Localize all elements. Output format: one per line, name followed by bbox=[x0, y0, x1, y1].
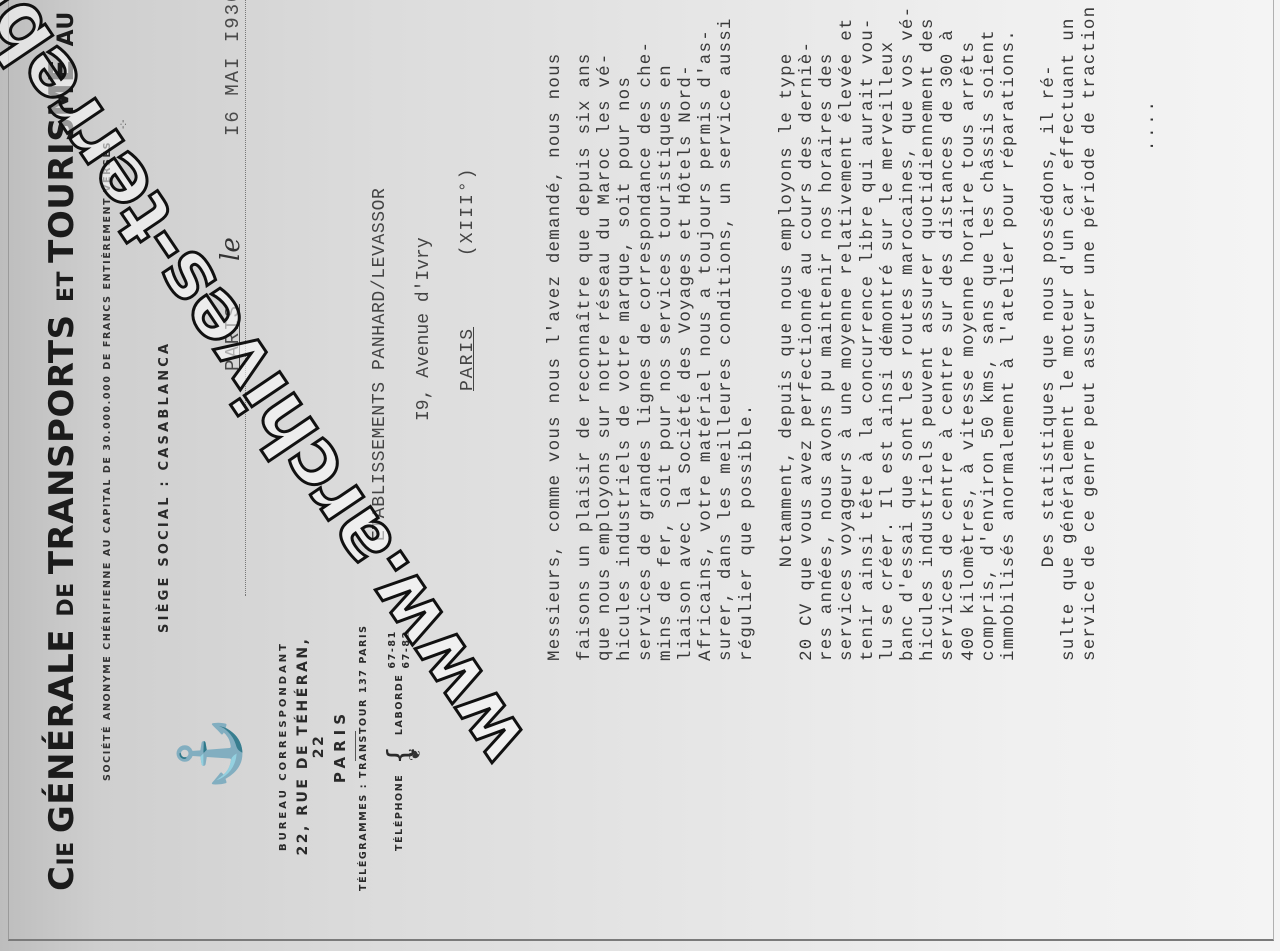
dateline-le: le bbox=[216, 237, 246, 261]
recipient-address: ETABLISSEMENTS PANHARD/LEVASSOR I9, Aven… bbox=[365, 21, 483, 541]
flourish-ornament-icon: ❦ bbox=[405, 748, 425, 761]
telephone-number: 67-82 bbox=[401, 630, 412, 668]
bureau-street: 22, RUE DE TÉHÉRAN, 22 bbox=[295, 626, 327, 866]
company-subtitle: SOCIÉTÉ ANONYME CHÉRIFIENNE AU CAPITAL D… bbox=[102, 21, 113, 781]
paragraph: Des statistiques que nous possédons, il … bbox=[1039, 0, 1100, 661]
recipient-city-line: PARIS (XIII°) bbox=[453, 21, 483, 391]
dotted-rule bbox=[245, 0, 246, 596]
paragraph: Notamment, depuis que nous employons le … bbox=[777, 0, 1019, 661]
telegrams: TÉLÉGRAMMES : TRANSTOUR 137 PARIS bbox=[358, 571, 369, 891]
bureau-label: BUREAU CORRESPONDANT bbox=[278, 626, 289, 866]
dateline-date: I6 MAI I930 . bbox=[222, 0, 244, 136]
dateline-city: PARIS bbox=[222, 304, 244, 371]
recipient-street: I9, Avenue d'Ivry bbox=[409, 21, 439, 421]
dateline: PARIS le I6 MAI I930 . bbox=[222, 0, 252, 596]
recipient-name: ETABLISSEMENTS PANHARD/LEVASSOR bbox=[365, 21, 395, 541]
paragraph: faisons un plaisir de reconnaître que de… bbox=[575, 0, 757, 661]
head-office: SIÈGE SOCIAL : CASABLANCA bbox=[157, 341, 172, 633]
continuation-mark: .... bbox=[1140, 98, 1159, 151]
telephone-exchange: LABORDE bbox=[394, 674, 405, 736]
recipient-arrondissement: (XIII°) bbox=[458, 167, 478, 257]
paris-bureau: BUREAU CORRESPONDANT 22, RUE DE TÉHÉRAN,… bbox=[278, 626, 356, 866]
letter-body: faisons un plaisir de reconnaître que de… bbox=[575, 0, 1120, 661]
letter-page: CIE GÉNÉRALE DE TRANSPORTS ET TOURISME A… bbox=[0, 0, 1280, 951]
telephone-number: 67-81 bbox=[387, 630, 398, 668]
recipient-city: PARIS bbox=[458, 327, 478, 391]
telephone-label: TÉLÉPHONE bbox=[394, 774, 405, 851]
bureau-rule bbox=[355, 731, 356, 761]
telephone-numbers: 67-81 67-82 bbox=[386, 630, 414, 668]
anchor-monogram-icon: ⚓ bbox=[170, 721, 250, 791]
bureau-city: PARIS bbox=[331, 626, 349, 866]
telephone: TÉLÉPHONE { LABORDE 67-81 67-82 bbox=[382, 591, 417, 851]
salutation: Messieurs, comme vous nous l'avez demand… bbox=[545, 53, 565, 662]
company-title: CIE GÉNÉRALE DE TRANSPORTS ET TOURISME A… bbox=[42, 11, 82, 891]
ornament-divider: -:- bbox=[118, 120, 129, 129]
